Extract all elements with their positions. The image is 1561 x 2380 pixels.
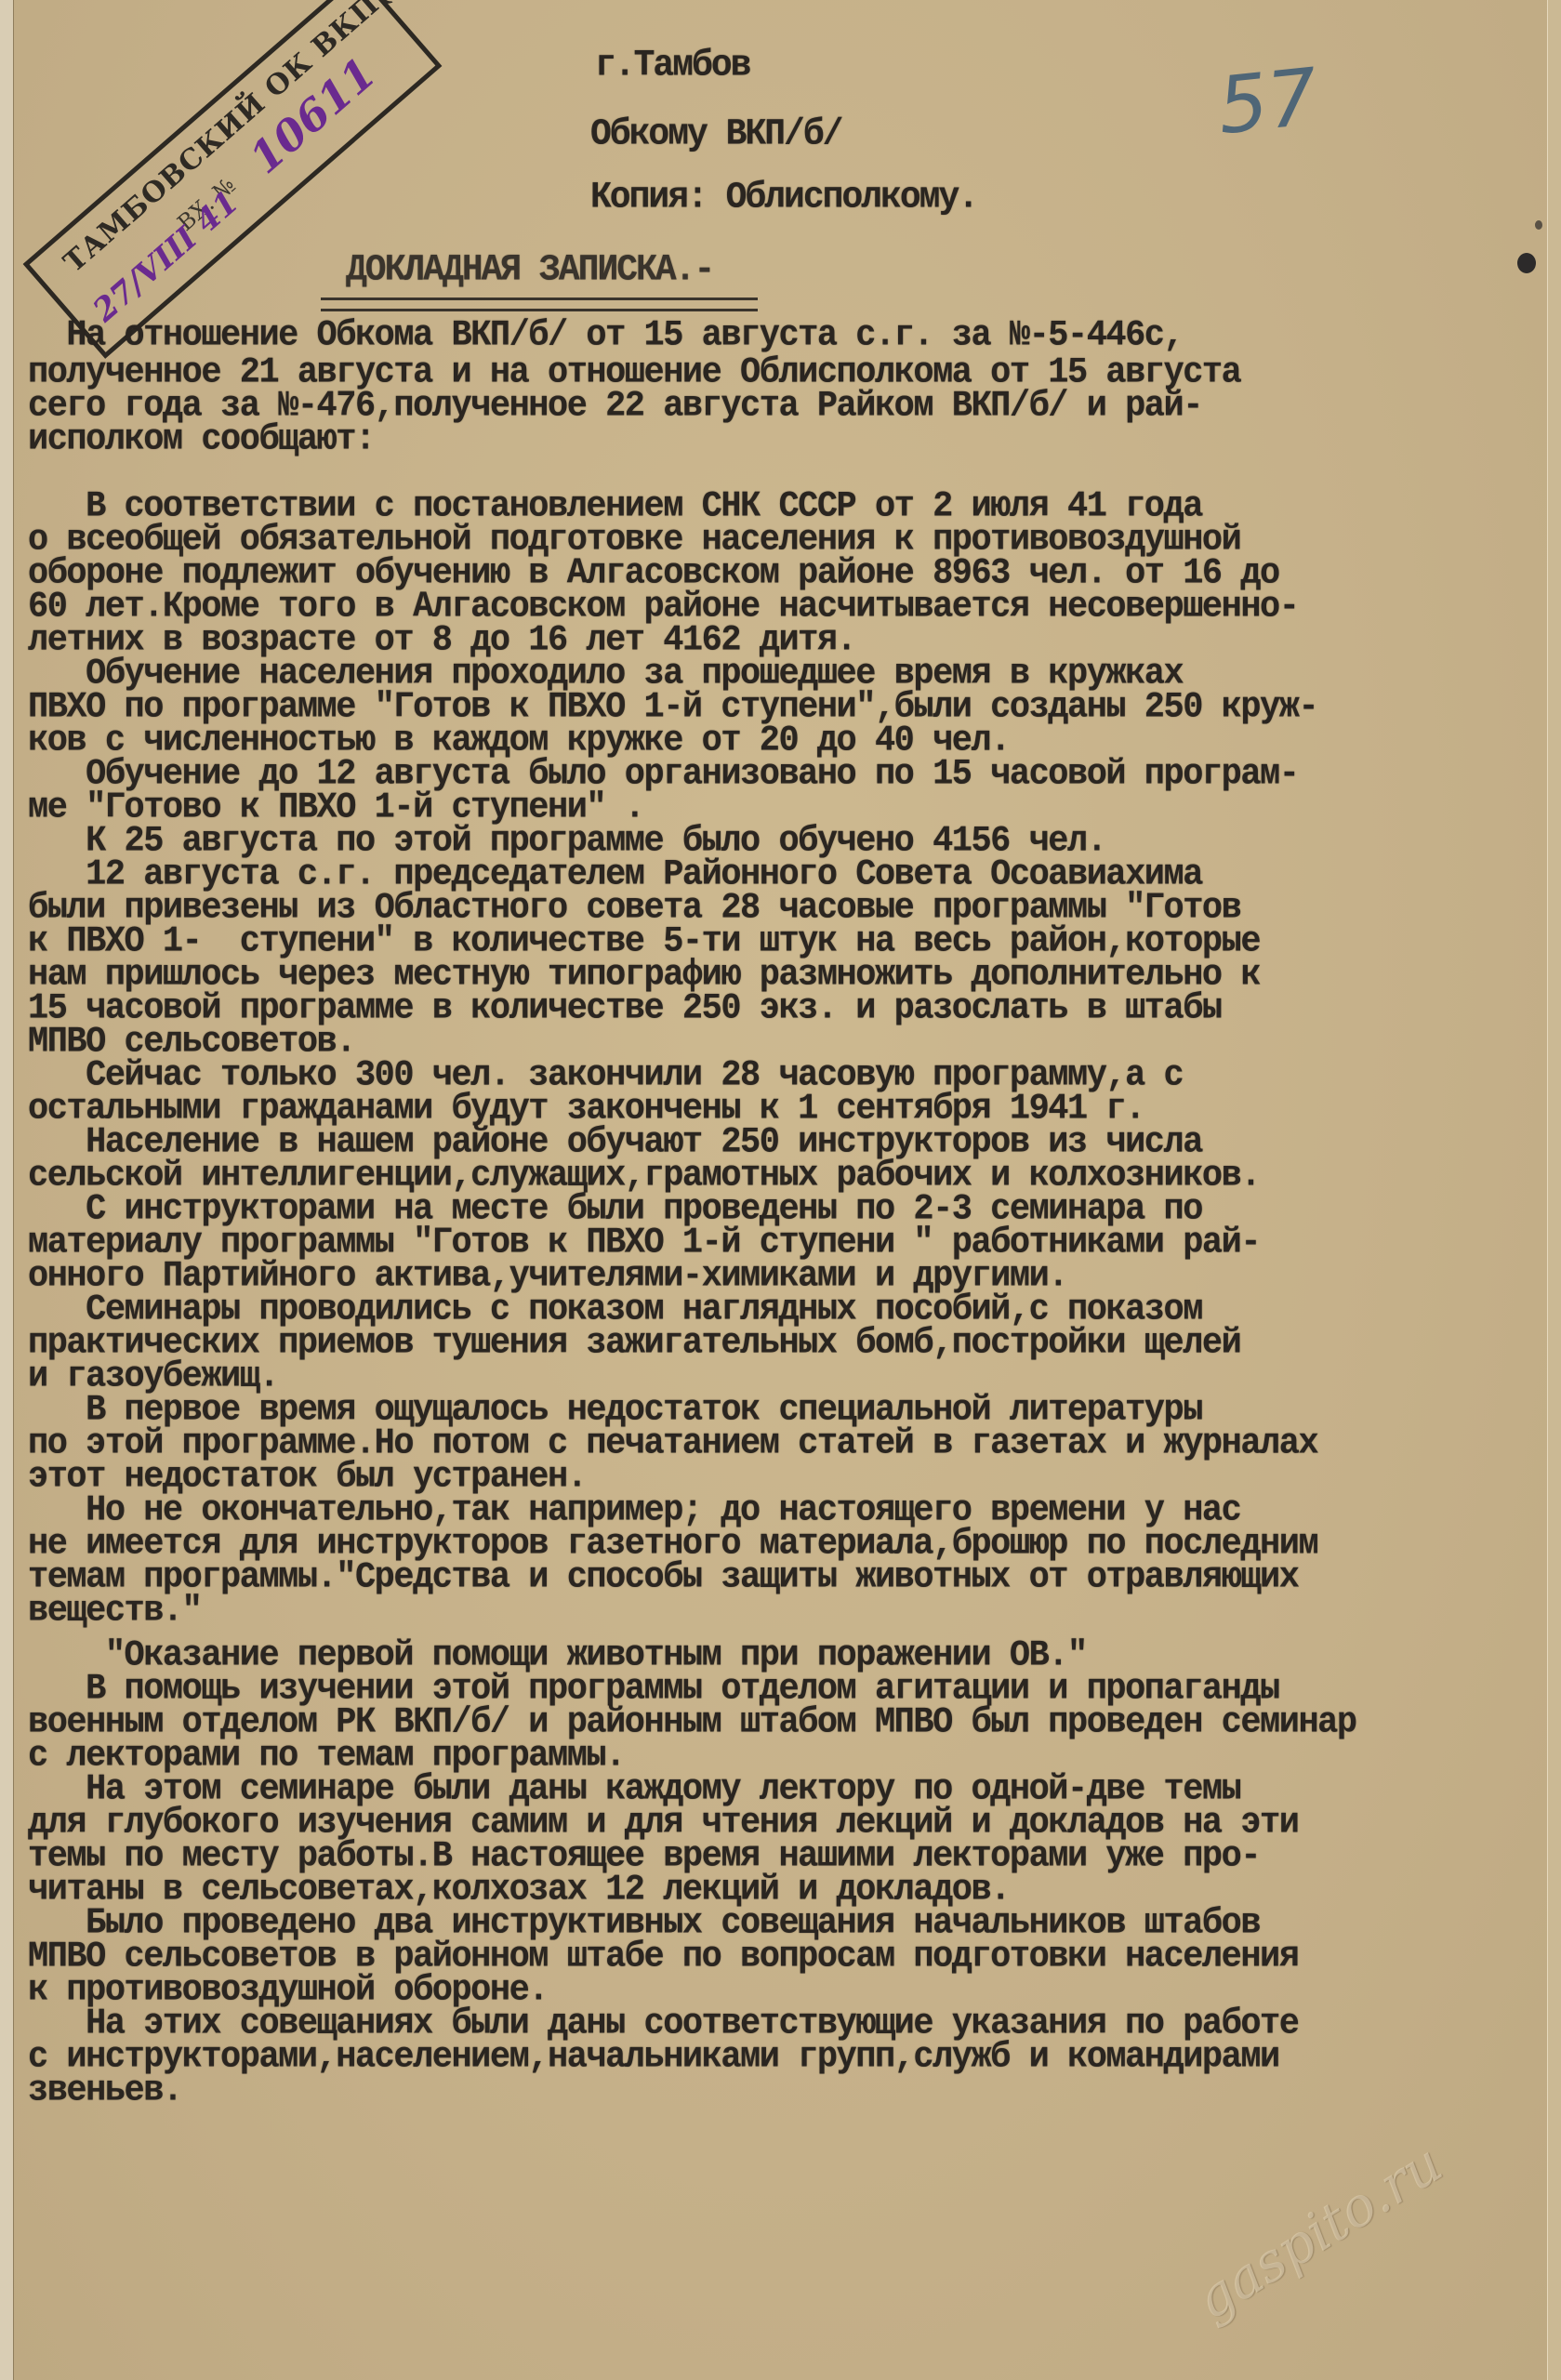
body-text-line: исполком сообщают: xyxy=(28,420,375,459)
body-text-line: темам программы."Средства и способы защи… xyxy=(28,1558,1298,1597)
ink-spot xyxy=(1517,253,1536,273)
header-addressee: Обкому ВКП/б/ xyxy=(590,115,841,154)
body-text-line: с инструкторами,населением,начальниками … xyxy=(28,2038,1279,2077)
folio-number: 57 xyxy=(1213,51,1322,152)
body-text-line: На отношение Обкома ВКП/б/ от 15 августа… xyxy=(28,316,1183,355)
title-underline xyxy=(321,297,758,311)
body-text-line: звеньев. xyxy=(28,2071,182,2110)
header-copy-to: Копия: Облисполкому. xyxy=(590,178,977,218)
page-right-edge xyxy=(1547,0,1561,2380)
ink-spot xyxy=(1535,220,1542,230)
document-title: ДОКЛАДНАЯ ЗАПИСКА.- xyxy=(346,251,713,290)
body-text-line: веществ." xyxy=(28,1592,201,1631)
header-city: г.Тамбов xyxy=(595,46,749,86)
page-left-edge xyxy=(0,0,14,2380)
